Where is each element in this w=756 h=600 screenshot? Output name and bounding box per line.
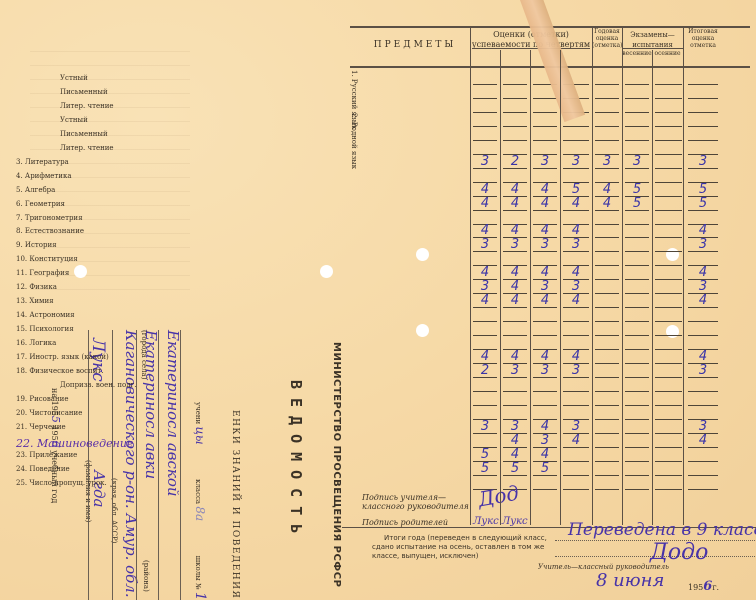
grade-cell-line (655, 461, 682, 462)
grade-cell-line (625, 475, 649, 476)
student-label: учени (194, 402, 202, 424)
grade-cell-line (625, 405, 649, 406)
subject-label: 15. Психология (16, 325, 74, 333)
grade-cell-line (595, 98, 619, 99)
grade-cell: 5 (622, 184, 652, 196)
grade-cell-line (655, 196, 682, 197)
results-label: Итоги года (переведен в следующий класс,… (372, 534, 562, 561)
subject-label: 20. Чистописание (16, 409, 82, 417)
grade-cell-line (503, 84, 527, 85)
grade-cell-line (533, 489, 557, 490)
grade-cell-line (625, 84, 649, 85)
student-suffix: цы (193, 426, 207, 444)
grade-cell-line (595, 475, 619, 476)
subject-label: 3. Литература (16, 158, 69, 166)
grade-cell-line (655, 154, 682, 155)
grade-cell-line (473, 321, 497, 322)
grade-cell-line (595, 335, 619, 336)
ministry-heading: МИНИСТЕРСТВО ПРОСВЕЩЕНИЯ РСФСР (331, 342, 342, 587)
subject-label: Устный (60, 116, 88, 124)
grade-cell: 2 (470, 365, 500, 377)
grade-cell: 4 (685, 351, 721, 363)
grade-cell-line (473, 140, 497, 141)
grade-cell-line (503, 335, 527, 336)
grade-cell-line (625, 391, 649, 392)
results-value: Переведена в 9 класс (568, 520, 756, 540)
subject-label: Допризв. воен. подг. (60, 381, 136, 389)
grade-cell: 3 (530, 435, 560, 447)
grade-cell: 4 (470, 198, 500, 210)
subject-label: 24. Поведение (16, 465, 70, 473)
school-value: 1 (192, 592, 208, 600)
grade-cell-line (655, 433, 682, 434)
grade-cell-line (655, 475, 682, 476)
grade-cell-line (655, 349, 682, 350)
grade-cell-line (595, 391, 619, 392)
subject-label: Литер. чтение (60, 102, 114, 110)
teacher-signature-label: Подпись учителя— классного руководителя (362, 493, 472, 511)
grade-cell: 4 (470, 225, 500, 237)
date-year-suffix: г. (712, 583, 719, 592)
grade-cell: 4 (560, 295, 592, 307)
grade-cell-line (595, 447, 619, 448)
grade-cell-line (595, 237, 619, 238)
grade-cell-line (655, 237, 682, 238)
subject-label: 18. Физическое воспит. (16, 367, 103, 375)
subject-label: 4. Арифметика (16, 172, 72, 180)
grade-cell: 5 (560, 184, 592, 196)
grade-cell-line (655, 98, 682, 99)
grade-cell-line (655, 84, 682, 85)
header-quarters-group: Оценки (отметки) успеваемости по четверт… (470, 30, 592, 50)
grade-cell-line (595, 265, 619, 266)
quarters-subrule (472, 48, 590, 49)
grade-cell: 3 (560, 421, 592, 433)
punch-hole (74, 265, 87, 278)
punch-hole (416, 248, 429, 261)
grade-cell-line (563, 391, 589, 392)
class-value: 8а (193, 506, 207, 521)
header-final: Итоговая оценка отметка (686, 28, 720, 49)
grade-cell-line (655, 293, 682, 294)
header-exams-group: Экзамены— испытания (622, 30, 683, 50)
grade-cell-line (595, 377, 619, 378)
grade-cell-line (625, 126, 649, 127)
grade-cell: 3 (530, 365, 560, 377)
grade-cell-line (625, 349, 649, 350)
grade-cell: 4 (500, 198, 530, 210)
grade-cell-line (533, 112, 557, 113)
subject-label: Устный (60, 74, 88, 82)
grade-cell-line (655, 363, 682, 364)
name-value-2: Агда (90, 470, 108, 507)
date-year-digit: 6 (703, 579, 712, 594)
grade-cell: 4 (500, 449, 530, 461)
table-column-rule (592, 28, 593, 525)
district-value: Кагановического р-он. Амур. обл. (122, 330, 140, 598)
subject-label: 25. Число пропущ. урок. (16, 479, 107, 487)
grade-cell-line (625, 419, 649, 420)
grade-cell-line (595, 140, 619, 141)
grade-cell-line (655, 489, 682, 490)
grade-cell: 4 (470, 267, 500, 279)
grade-cell-line (595, 279, 619, 280)
document-title: ВЕДОМОСТЬ (287, 380, 305, 542)
grade-cell: 5 (470, 449, 500, 461)
grade-cell-line (473, 126, 497, 127)
grade-cell-line (625, 377, 649, 378)
grade-cell-line (655, 265, 682, 266)
grade-cell-line (595, 419, 619, 420)
grade-cell: 5 (530, 463, 560, 475)
grade-cell-line (655, 279, 682, 280)
grade-cell: 4 (560, 225, 592, 237)
grade-cell: 4 (685, 267, 721, 279)
grade-cell-line (688, 461, 718, 462)
grade-cell-line (625, 363, 649, 364)
grade-cell: 4 (500, 225, 530, 237)
grade-cell-line (595, 251, 619, 252)
punch-hole (320, 265, 333, 278)
grade-cell-line (655, 391, 682, 392)
grade-cell-line (655, 335, 682, 336)
form-line (180, 330, 181, 600)
grade-cell: 3 (685, 421, 721, 433)
table-column-rule (470, 28, 471, 525)
grade-cell-line (595, 405, 619, 406)
grade-cell-line (473, 335, 497, 336)
subject-label: 12. Физика (16, 283, 57, 291)
date-value: 8 июня (596, 570, 664, 591)
grade-cell: 3 (470, 156, 500, 168)
grade-cell: 4 (530, 267, 560, 279)
grade-cell: 4 (560, 351, 592, 363)
grade-cell-line (625, 293, 649, 294)
grade-cell-line (595, 363, 619, 364)
grade-cell: 4 (530, 449, 560, 461)
grade-cell: 4 (685, 435, 721, 447)
grade-cell-line (655, 419, 682, 420)
grade-cell: 3 (685, 239, 721, 251)
grade-cell: 4 (592, 198, 622, 210)
grade-cell-line (625, 489, 649, 490)
school-label: школы № (194, 556, 202, 590)
student-line: учени цы класса 8а школы № 1 (192, 402, 208, 600)
subject-label: 5. Алгебра (16, 186, 55, 194)
grade-cell-line (625, 265, 649, 266)
form-line (158, 330, 159, 600)
grade-cell-line (625, 461, 649, 462)
grade-cell-line (688, 126, 718, 127)
grade-cell-line (595, 126, 619, 127)
grade-cell-line (655, 377, 682, 378)
grade-cell-line (503, 140, 527, 141)
grade-cell: 3 (470, 281, 500, 293)
grade-cell: 3 (530, 239, 560, 251)
grade-cell: 4 (560, 198, 592, 210)
grade-cell: 4 (470, 184, 500, 196)
grade-cell-line (625, 98, 649, 99)
grade-cell-line (625, 279, 649, 280)
grade-cell-line (533, 126, 557, 127)
grade-cell: 3 (530, 281, 560, 293)
grade-cell: 3 (622, 156, 652, 168)
grade-cell: 5 (685, 198, 721, 210)
grade-cell-line (563, 321, 589, 322)
city-caption: (города села) (140, 330, 148, 379)
grade-cell: 4 (592, 184, 622, 196)
grade-cell-line (533, 405, 557, 406)
grade-cell-line (625, 140, 649, 141)
grade-cell-line (563, 405, 589, 406)
grade-cell: 3 (470, 421, 500, 433)
grade-cell-line (595, 84, 619, 85)
grade-cell-line (563, 335, 589, 336)
grade-cell-line (625, 447, 649, 448)
grade-cell-line (595, 307, 619, 308)
grade-cell-line (473, 112, 497, 113)
grade-cell-line (655, 168, 682, 169)
grade-cell: 4 (530, 198, 560, 210)
subject-label: 19. Рисование (16, 395, 68, 403)
grade-cell-line (688, 405, 718, 406)
class-teacher-signature: Додо (650, 540, 708, 565)
date-year: 1956г. (688, 579, 719, 594)
grade-cell: 3 (685, 365, 721, 377)
grade-cell-line (688, 475, 718, 476)
grade-cell-line (563, 461, 589, 462)
header-spring: весенние (622, 50, 652, 58)
subject-label: 23. Прилежание (16, 451, 77, 459)
grade-cell: 4 (500, 184, 530, 196)
grade-cell-line (533, 335, 557, 336)
table-column-rule (560, 50, 561, 525)
grade-cell: 4 (685, 225, 721, 237)
grade-cell: 4 (530, 351, 560, 363)
grade-cell: 5 (685, 184, 721, 196)
grade-cell-line (563, 475, 589, 476)
grade-cell-line (688, 489, 718, 490)
grade-cell-line (563, 140, 589, 141)
grade-cell-line (563, 489, 589, 490)
grade-cell-line (595, 224, 619, 225)
grade-cell-line (625, 237, 649, 238)
grade-cell-line (655, 224, 682, 225)
grade-cell-line (595, 461, 619, 462)
grade-cell-line (563, 126, 589, 127)
grade-cell-line (625, 307, 649, 308)
grade-cell: 3 (500, 239, 530, 251)
grade-cell-line (655, 321, 682, 322)
grade-cell-line (625, 321, 649, 322)
subject-label: 10. Конституция (16, 255, 78, 263)
grade-cell-line (625, 433, 649, 434)
header-autumn: осенние (652, 50, 683, 58)
grade-cell-line (503, 405, 527, 406)
grade-cell-line (595, 321, 619, 322)
grade-cell-line (625, 251, 649, 252)
grade-cell-line (625, 112, 649, 113)
table-column-rule (622, 28, 623, 525)
grade-cell-line (473, 98, 497, 99)
grade-cell-line (533, 98, 557, 99)
grade-cell-line (625, 224, 649, 225)
grade-cell: 4 (530, 225, 560, 237)
grade-cell: 4 (685, 295, 721, 307)
grade-cell: 3 (560, 239, 592, 251)
subject-label: 17. Иностр. язык (какой) (16, 353, 109, 361)
subject-label: 21. Черчение (16, 423, 66, 431)
punch-hole (416, 324, 429, 337)
table-column-rule (652, 50, 653, 525)
grade-cell: 4 (560, 267, 592, 279)
grade-cell-line (688, 98, 718, 99)
subject-label: Литер. чтение (60, 144, 114, 152)
grade-cell-line (655, 126, 682, 127)
subject-label: 9. История (16, 241, 57, 249)
grade-cell: 4 (500, 435, 530, 447)
grade-cell: 3 (530, 156, 560, 168)
grade-cell: 3 (470, 239, 500, 251)
grade-cell-line (503, 321, 527, 322)
exams-subrule (622, 48, 683, 49)
grade-cell: 3 (560, 156, 592, 168)
district-caption: (района) (142, 560, 150, 592)
grade-cell-line (595, 112, 619, 113)
header-subjects: ПРЕДМЕТЫ (360, 40, 470, 50)
subject-label: 11. География (16, 269, 69, 277)
grade-cell: 3 (500, 365, 530, 377)
grade-cell-line (625, 335, 649, 336)
grade-cell-line (595, 489, 619, 490)
grade-cell-line (473, 405, 497, 406)
subject-label: 13. Химия (16, 297, 54, 305)
class-label: класса (194, 479, 202, 504)
grade-cell: 4 (530, 184, 560, 196)
grade-cell-line (533, 391, 557, 392)
parent-signature-label: Подпись родителей (362, 518, 448, 527)
grade-cell: 3 (500, 421, 530, 433)
form-line (136, 330, 137, 600)
grade-cell: 5 (500, 463, 530, 475)
grade-cell-line (655, 251, 682, 252)
grade-cell: 4 (470, 351, 500, 363)
grade-cell-line (503, 112, 527, 113)
grade-cell-line (595, 349, 619, 350)
grade-cell-line (688, 321, 718, 322)
grade-cell-line (473, 391, 497, 392)
grade-cell-line (503, 126, 527, 127)
subject-label: 14. Астрономия (16, 311, 75, 319)
grade-cell: 4 (470, 295, 500, 307)
grade-cell-line (655, 210, 682, 211)
subject-label: Письменный (60, 88, 108, 96)
grade-cell-line (595, 433, 619, 434)
grade-cell: 4 (530, 421, 560, 433)
grade-cell: 4 (500, 267, 530, 279)
punch-hole (666, 248, 679, 261)
grade-cell-line (655, 307, 682, 308)
grade-cell: 4 (500, 351, 530, 363)
grade-cell-line (655, 182, 682, 183)
table-column-rule (530, 50, 531, 525)
grade-cell: 2 (500, 156, 530, 168)
grade-cell-line (503, 391, 527, 392)
grade-cell: 3 (685, 156, 721, 168)
grade-cell-line (655, 447, 682, 448)
grade-cell-line (688, 112, 718, 113)
grade-cell: 4 (560, 435, 592, 447)
table-column-rule (683, 28, 684, 525)
grade-cell: 5 (470, 463, 500, 475)
date-year-prefix: 195 (688, 583, 703, 592)
grade-cell-line (688, 391, 718, 392)
grade-cell-line (595, 293, 619, 294)
subject-label: 16. Логика (16, 339, 56, 347)
grade-cell: 4 (530, 295, 560, 307)
grade-cell: 4 (500, 281, 530, 293)
grade-cell-line (655, 405, 682, 406)
grade-cell: 3 (685, 281, 721, 293)
grade-cell-line (688, 140, 718, 141)
grade-cell-line (655, 112, 682, 113)
document-subtitle: ЕНКИ ЗНАНИЙ И ПОВЕДЕНИЯ (230, 410, 240, 599)
subject-label: 7. Тригонометрия (16, 214, 83, 222)
group-label-native: 2. Родной язык (350, 113, 358, 169)
grade-cell-line (533, 140, 557, 141)
form-line (112, 330, 113, 600)
grade-cell-line (503, 98, 527, 99)
subject-label: 6. Геометрия (16, 200, 65, 208)
grade-cell-line (688, 335, 718, 336)
table-column-rule (500, 50, 501, 525)
grade-cell: 3 (592, 156, 622, 168)
subject-label: 8. Естествознание (16, 227, 84, 235)
grade-cell: 4 (500, 295, 530, 307)
grade-cell-line (473, 84, 497, 85)
subject-label: 22. Машиноведение (16, 437, 133, 450)
grade-cell: 5 (622, 198, 652, 210)
grade-cell: 3 (560, 281, 592, 293)
grade-cell: 3 (560, 365, 592, 377)
grade-cell-line (655, 140, 682, 141)
grade-cell-line (533, 321, 557, 322)
subject-label: Письменный (60, 130, 108, 138)
grade-cell-line (688, 84, 718, 85)
header-annual: Годовая оценка (отметка) (592, 28, 622, 49)
